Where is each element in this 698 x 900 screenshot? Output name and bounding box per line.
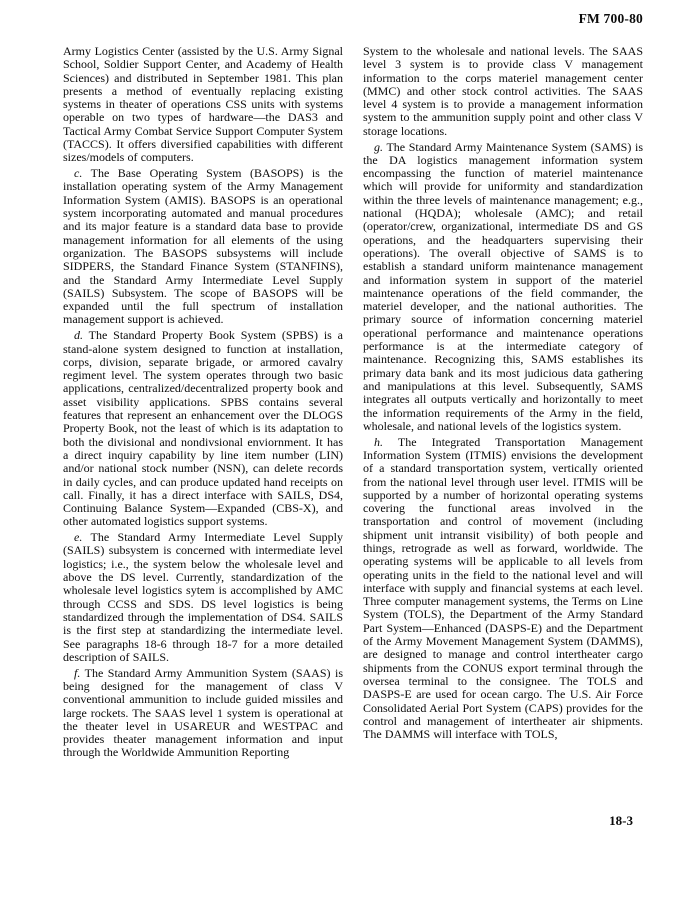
column-right: System to the wholesale and national lev… [363, 45, 643, 762]
column-left: Army Logistics Center (assisted by the U… [63, 45, 343, 762]
paragraph-label: h. [374, 435, 383, 449]
paragraph-label: g. [374, 140, 383, 154]
paragraph-label: e. [74, 530, 82, 544]
paragraph: System to the wholesale and national lev… [363, 45, 643, 138]
document-page: FM 700-80 Army Logistics Center (assiste… [0, 0, 698, 900]
page-footer: 18-3 [63, 813, 633, 829]
page-number: 18-3 [609, 813, 633, 828]
paragraph: d. The Standard Property Book System (SP… [63, 329, 343, 528]
text-columns: Army Logistics Center (assisted by the U… [63, 45, 643, 762]
paragraph: e. The Standard Army Intermediate Level … [63, 531, 343, 664]
paragraph: g. The Standard Army Maintenance System … [363, 141, 643, 434]
paragraph: Army Logistics Center (assisted by the U… [63, 45, 343, 165]
paragraph-label: c. [74, 166, 82, 180]
paragraph: c. The Base Operating System (BASOPS) is… [63, 167, 343, 327]
paragraph: h. The Integrated Transportation Managem… [363, 436, 643, 742]
paragraph-label: f. [74, 666, 80, 680]
page-header: FM 700-80 [63, 11, 643, 27]
paragraph-label: d. [74, 328, 83, 342]
document-id: FM 700-80 [579, 11, 643, 26]
paragraph: f. The Standard Army Ammunition System (… [63, 667, 343, 760]
